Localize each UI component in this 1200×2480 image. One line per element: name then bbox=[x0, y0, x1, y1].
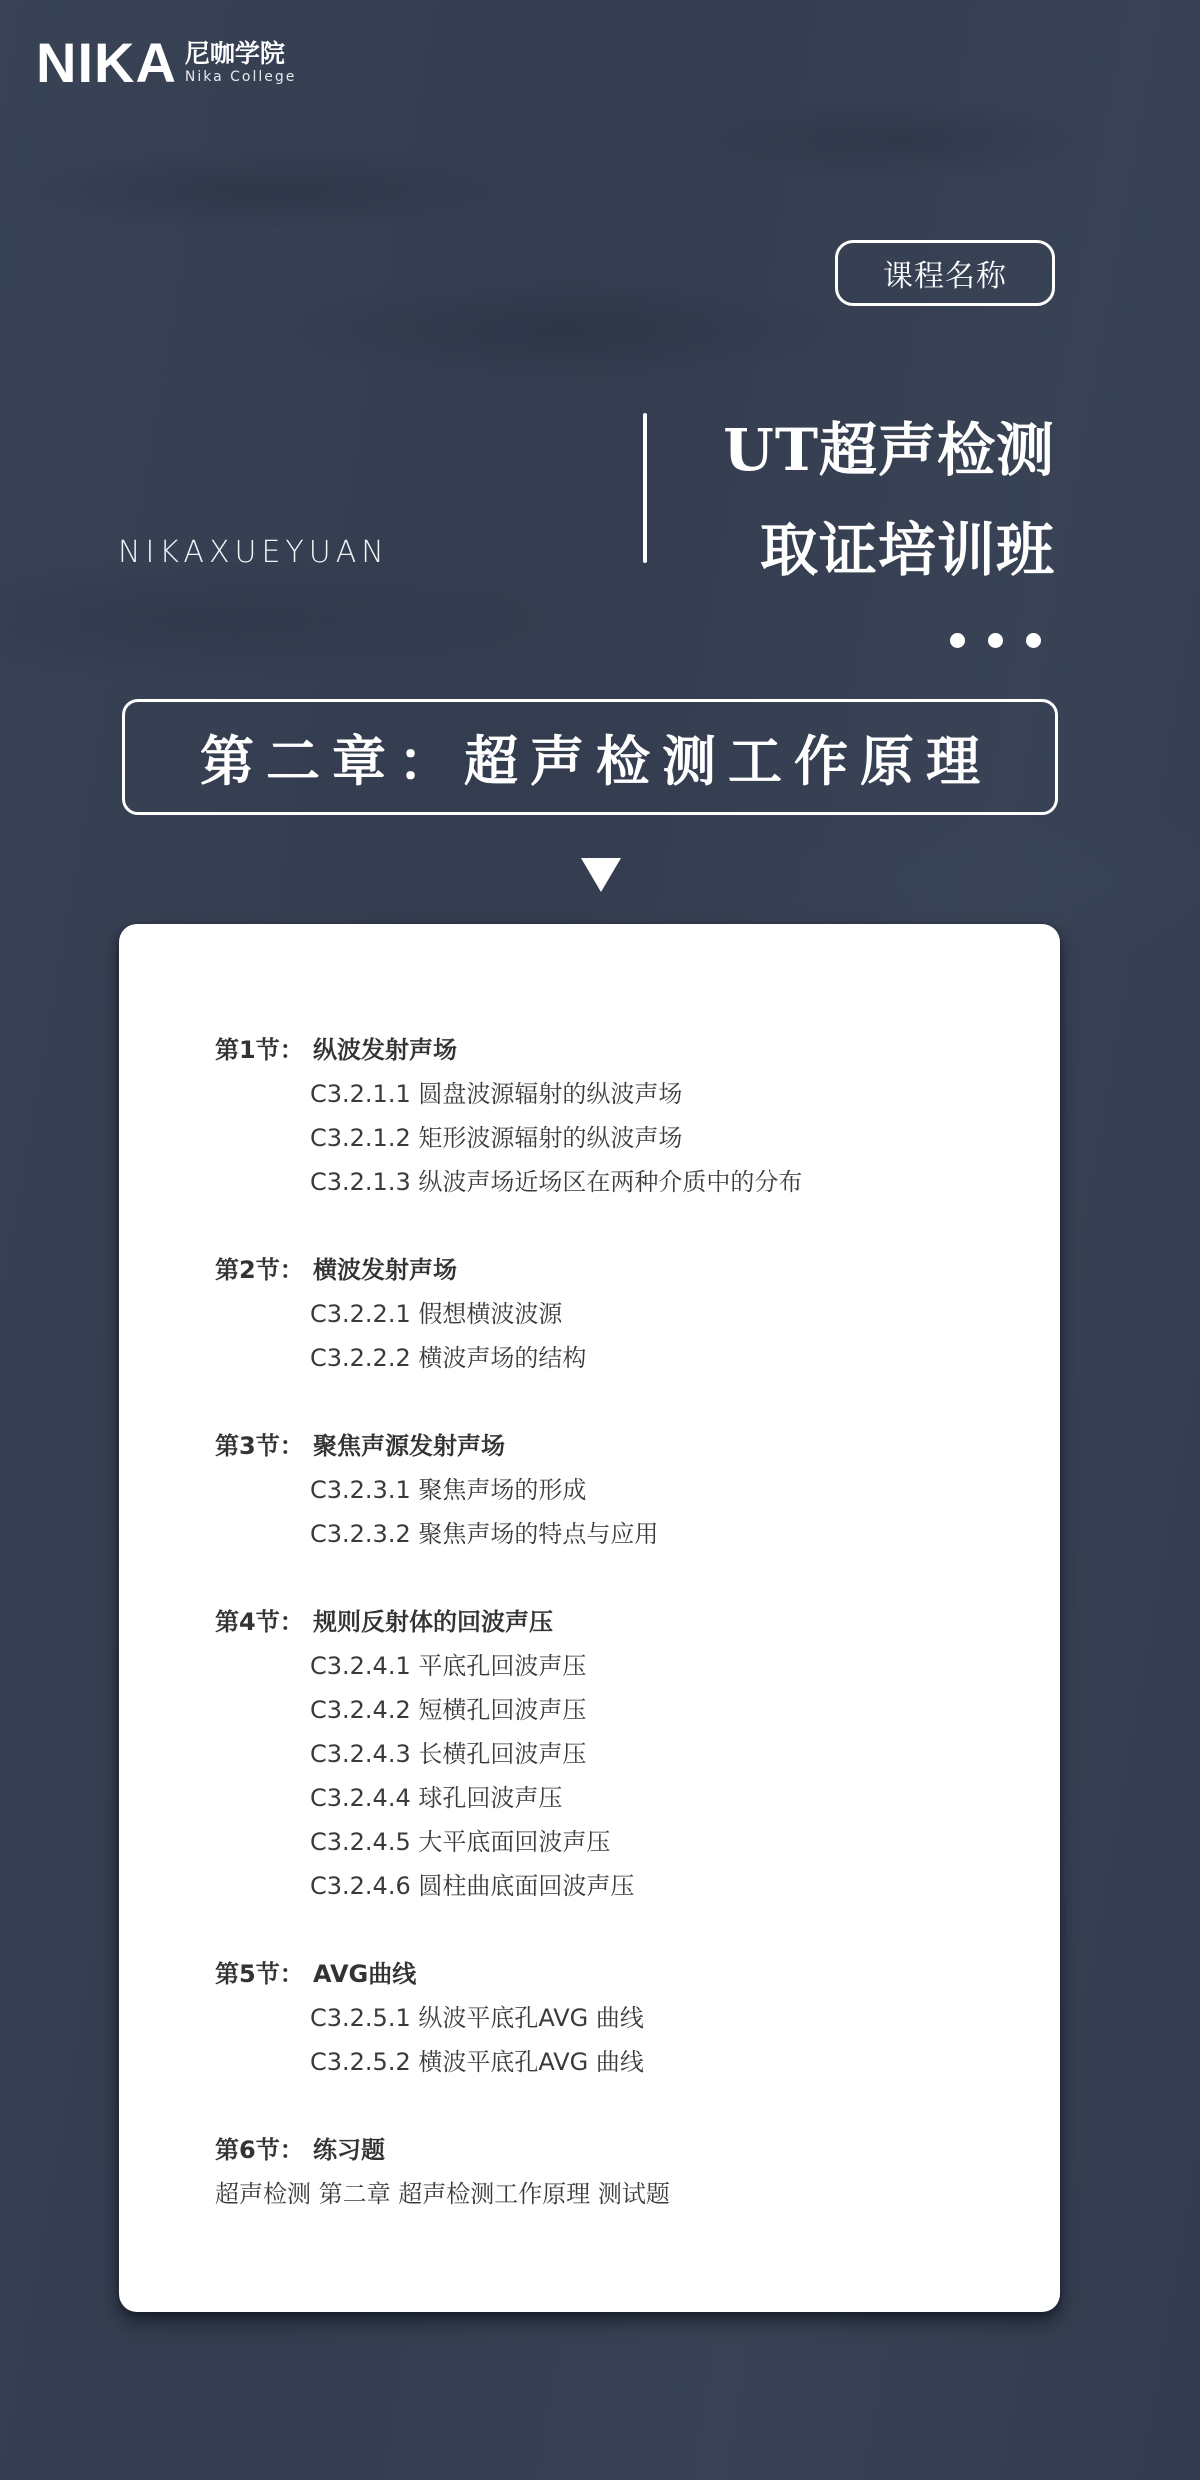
nika-logo: NIKA 尼咖学院 Nika College bbox=[36, 40, 296, 85]
dot bbox=[1026, 633, 1041, 648]
chapter-banner: 第二章：超声检测工作原理 bbox=[122, 699, 1058, 815]
arrow-down-icon bbox=[581, 858, 621, 892]
logo-name-cn: 尼咖学院 bbox=[185, 40, 297, 68]
course-name-badge: 课程名称 bbox=[835, 240, 1055, 306]
section-title: 练习题 bbox=[313, 2128, 385, 2172]
section-heading: 第5节： AVG曲线 bbox=[215, 1952, 1020, 1996]
toc-section: 第1节： 纵波发射声场 C3.2.1.1 圆盘波源辐射的纵波声场 C3.2.1.… bbox=[215, 1028, 1020, 1204]
course-title-line2: 取证培训班 bbox=[723, 500, 1055, 600]
brand-english-label: NIKAXUEYUAN bbox=[118, 535, 389, 570]
section-number: 第4节： bbox=[215, 1600, 313, 1644]
toc-section: 第3节： 聚焦声源发射声场 C3.2.3.1 聚焦声场的形成 C3.2.3.2 … bbox=[215, 1424, 1020, 1556]
toc-section: 第5节： AVG曲线 C3.2.5.1 纵波平底孔AVG 曲线 C3.2.5.2… bbox=[215, 1952, 1020, 2084]
ellipsis-dots-icon bbox=[950, 633, 1041, 648]
toc-item: C3.2.2.2 横波声场的结构 bbox=[215, 1336, 1020, 1380]
section-number: 第1节： bbox=[215, 1028, 313, 1072]
section-heading: 第4节： 规则反射体的回波声压 bbox=[215, 1600, 1020, 1644]
toc-item: C3.2.4.3 长横孔回波声压 bbox=[215, 1732, 1020, 1776]
toc-item: C3.2.1.3 纵波声场近场区在两种介质中的分布 bbox=[215, 1160, 1020, 1204]
course-title-line1: UT超声检测 bbox=[723, 400, 1055, 500]
logo-name-en: Nika College bbox=[185, 69, 297, 85]
dot bbox=[950, 633, 965, 648]
toc-item: C3.2.3.2 聚焦声场的特点与应用 bbox=[215, 1512, 1020, 1556]
section-heading: 第3节： 聚焦声源发射声场 bbox=[215, 1424, 1020, 1468]
section-heading: 第1节： 纵波发射声场 bbox=[215, 1028, 1020, 1072]
section-title: 聚焦声源发射声场 bbox=[313, 1424, 505, 1468]
toc-item: C3.2.4.5 大平底面回波声压 bbox=[215, 1820, 1020, 1864]
toc-item: C3.2.4.4 球孔回波声压 bbox=[215, 1776, 1020, 1820]
toc-item: C3.2.4.1 平底孔回波声压 bbox=[215, 1644, 1020, 1688]
course-title: UT超声检测 取证培训班 bbox=[723, 400, 1055, 600]
toc-section: 第2节： 横波发射声场 C3.2.2.1 假想横波波源 C3.2.2.2 横波声… bbox=[215, 1248, 1020, 1380]
section-number: 第6节： bbox=[215, 2128, 313, 2172]
section-title: 横波发射声场 bbox=[313, 1248, 457, 1292]
toc-item: C3.2.3.1 聚焦声场的形成 bbox=[215, 1468, 1020, 1512]
toc-card: 第1节： 纵波发射声场 C3.2.1.1 圆盘波源辐射的纵波声场 C3.2.1.… bbox=[119, 924, 1060, 2312]
toc-item: C3.2.4.6 圆柱曲底面回波声压 bbox=[215, 1864, 1020, 1908]
section-title: 纵波发射声场 bbox=[313, 1028, 457, 1072]
table-of-contents: 第1节： 纵波发射声场 C3.2.1.1 圆盘波源辐射的纵波声场 C3.2.1.… bbox=[215, 1028, 1020, 2260]
section-number: 第5节： bbox=[215, 1952, 313, 1996]
section-number: 第2节： bbox=[215, 1248, 313, 1292]
toc-item: C3.2.1.2 矩形波源辐射的纵波声场 bbox=[215, 1116, 1020, 1160]
section-number: 第3节： bbox=[215, 1424, 313, 1468]
section-heading: 第2节： 横波发射声场 bbox=[215, 1248, 1020, 1292]
toc-item: C3.2.2.1 假想横波波源 bbox=[215, 1292, 1020, 1336]
toc-item: C3.2.4.2 短横孔回波声压 bbox=[215, 1688, 1020, 1732]
section-title: AVG曲线 bbox=[313, 1952, 416, 1996]
toc-section: 第4节： 规则反射体的回波声压 C3.2.4.1 平底孔回波声压 C3.2.4.… bbox=[215, 1600, 1020, 1908]
toc-item: C3.2.1.1 圆盘波源辐射的纵波声场 bbox=[215, 1072, 1020, 1116]
toc-item: C3.2.5.2 横波平底孔AVG 曲线 bbox=[215, 2040, 1020, 2084]
toc-item: C3.2.5.1 纵波平底孔AVG 曲线 bbox=[215, 1996, 1020, 2040]
toc-item: 超声检测 第二章 超声检测工作原理 测试题 bbox=[215, 2172, 1020, 2216]
section-title: 规则反射体的回波声压 bbox=[313, 1600, 553, 1644]
toc-section: 第6节： 练习题 超声检测 第二章 超声检测工作原理 测试题 bbox=[215, 2128, 1020, 2216]
section-heading: 第6节： 练习题 bbox=[215, 2128, 1020, 2172]
chapter-title: 第二章：超声检测工作原理 bbox=[188, 719, 992, 796]
logo-mark: NIKA bbox=[36, 41, 177, 85]
logo-text: 尼咖学院 Nika College bbox=[185, 40, 297, 85]
vertical-divider bbox=[643, 413, 647, 563]
dot bbox=[988, 633, 1003, 648]
